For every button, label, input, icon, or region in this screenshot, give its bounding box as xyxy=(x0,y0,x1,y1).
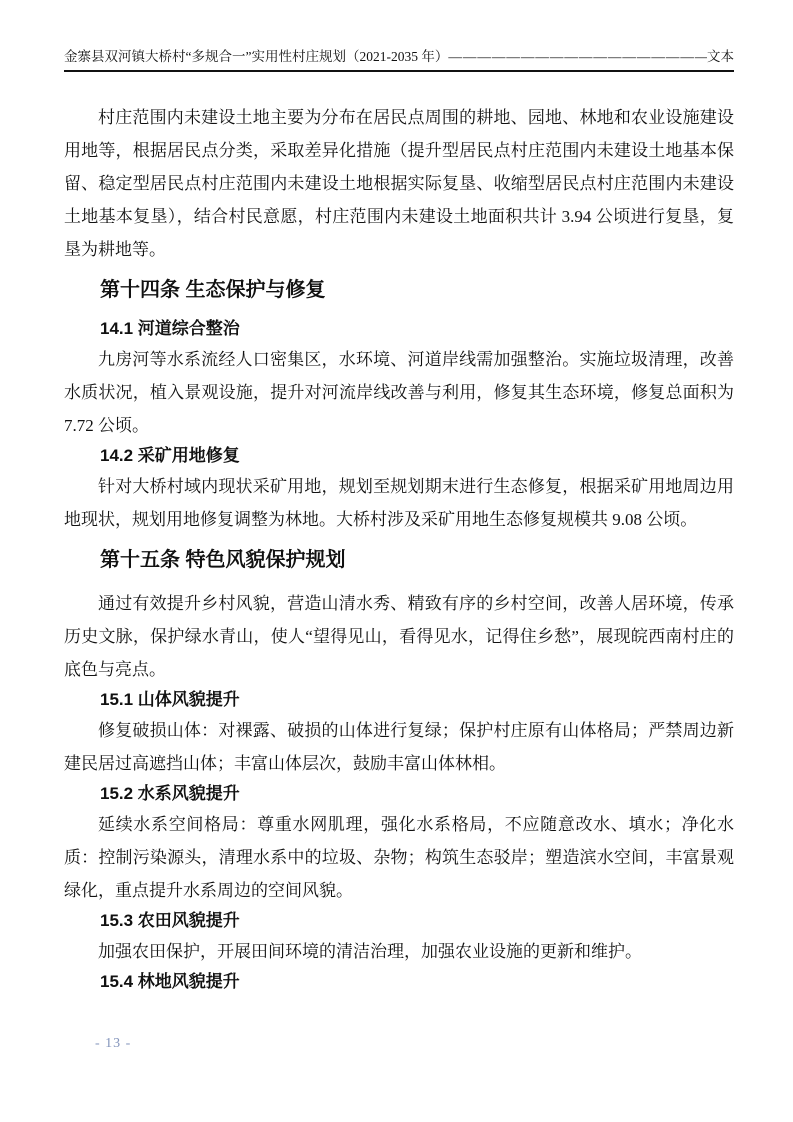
paragraph: 村庄范围内未建设土地主要为分布在居民点周围的耕地、园地、林地和农业设施建设用地等… xyxy=(64,101,734,266)
paragraph: 加强农田保护，开展田间环境的清洁治理，加强农业设施的更新和维护。 xyxy=(64,935,734,968)
section-15-3-heading: 15.3 农田风貌提升 xyxy=(100,909,734,933)
section-15-4-heading: 15.4 林地风貌提升 xyxy=(100,970,734,994)
header-dash-fill: ———————————————————————————————————————— xyxy=(448,48,707,66)
paragraph: 延续水系空间格局：尊重水网肌理，强化水系格局，不应随意改水、填水；净化水质：控制… xyxy=(64,808,734,907)
paragraph: 通过有效提升乡村风貌，营造山清水秀、精致有序的乡村空间，改善人居环境，传承历史文… xyxy=(64,587,734,686)
section-14-2-heading: 14.2 采矿用地修复 xyxy=(100,444,734,468)
paragraph: 修复破损山体：对裸露、破损的山体进行复绿；保护村庄原有山体格局；严禁周边新建民居… xyxy=(64,714,734,780)
paragraph: 针对大桥村域内现状采矿用地，规划至规划期末进行生态修复，根据采矿用地周边用地现状… xyxy=(64,470,734,536)
section-14-1-heading: 14.1 河道综合整治 xyxy=(100,317,734,341)
page-number: - 13 - xyxy=(95,1035,131,1053)
document-type-label: 文本 xyxy=(707,48,734,66)
document-title: 金寨县双河镇大桥村“多规合一”实用性村庄规划（2021-2035 年） xyxy=(64,48,448,66)
section-15-2-heading: 15.2 水系风貌提升 xyxy=(100,782,734,806)
paragraph: 九房河等水系流经人口密集区，水环境、河道岸线需加强整治。实施垃圾清理，改善水质状… xyxy=(64,343,734,442)
document-page: 金寨县双河镇大桥村“多规合一”实用性村庄规划（2021-2035 年） ————… xyxy=(0,0,793,1122)
page-header: 金寨县双河镇大桥村“多规合一”实用性村庄规划（2021-2035 年） ————… xyxy=(64,48,734,72)
document-body: 村庄范围内未建设土地主要为分布在居民点周围的耕地、园地、林地和农业设施建设用地等… xyxy=(64,101,734,994)
article-15-heading: 第十五条 特色风貌保护规划 xyxy=(100,546,734,574)
section-15-1-heading: 15.1 山体风貌提升 xyxy=(100,688,734,712)
article-14-heading: 第十四条 生态保护与修复 xyxy=(100,276,734,304)
